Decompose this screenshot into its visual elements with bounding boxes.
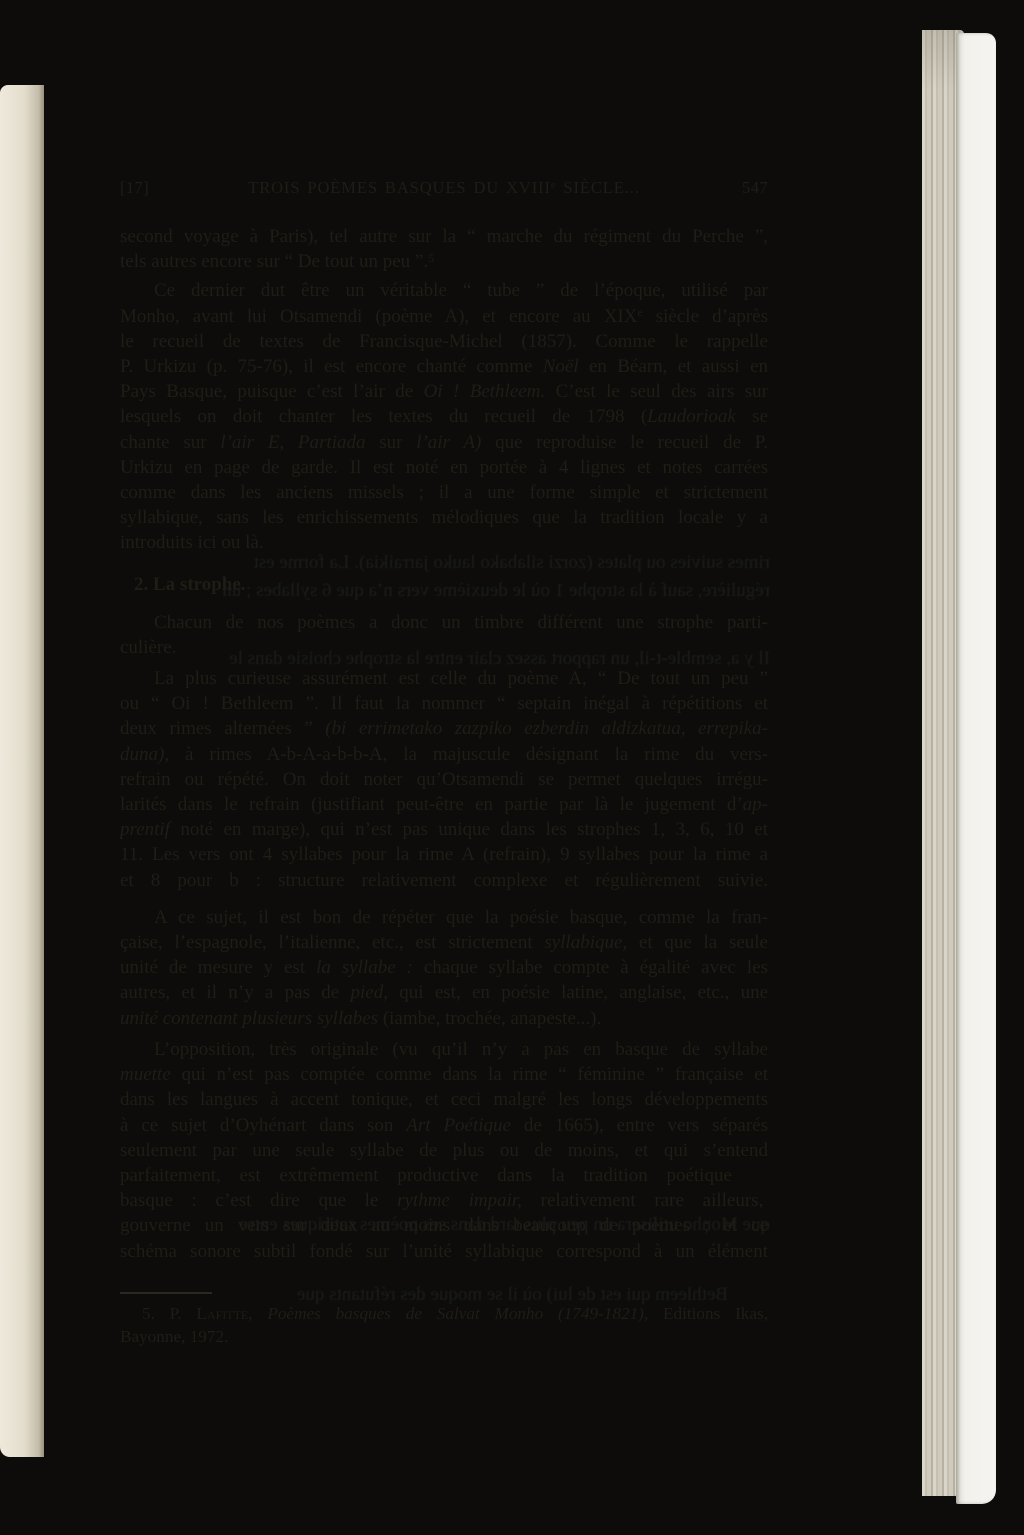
section-heading: 2. La strophe. [134, 572, 768, 598]
paragraph-4: La plus curieuse assurément est celle du… [120, 666, 768, 893]
paragraph-2: Ce dernier dut être un véritable “ tube … [120, 278, 768, 555]
book-photo: rimes suivies ou plates (zorzi silabako … [0, 0, 1024, 1535]
paragraph-6: L’opposition, très originale (vu qu’il n… [120, 1037, 768, 1264]
page-content: [17] TROIS POÈMES BASQUES DU XVIIIe SIÈC… [120, 178, 768, 1348]
underlying-page-edge [956, 33, 996, 1504]
header-page-number: 547 [678, 178, 768, 198]
paragraph-3: Chacun de nos poèmes a donc un timbre di… [120, 610, 768, 660]
paragraph-1: second voyage à Paris), tel autre sur la… [120, 224, 768, 274]
page-header: [17] TROIS POÈMES BASQUES DU XVIIIe SIÈC… [120, 178, 768, 198]
book-page: rimes suivies ou plates (zorzi silabako … [40, 28, 930, 1490]
header-index: [17] [120, 178, 210, 198]
facing-page-edge [0, 85, 44, 1457]
header-title: TROIS POÈMES BASQUES DU XVIIIe SIÈCLE... [210, 178, 678, 198]
paragraph-5: A ce sujet, il est bon de répéter que la… [120, 905, 768, 1031]
footnote: 5. P. Lafitte, Poèmes basques de Salvat … [120, 1302, 768, 1348]
footnote-rule [120, 1292, 212, 1294]
